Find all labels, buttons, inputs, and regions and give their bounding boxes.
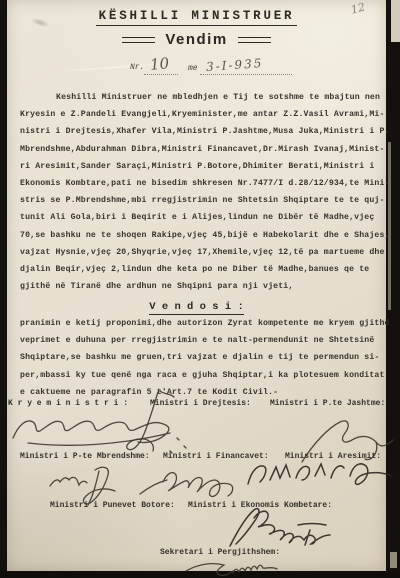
signature-ekonomis [230,509,330,546]
signature-kryeministri [13,421,170,445]
body-line: ri Aresimit,Sander Saraçi,Ministri P.Bot… [20,158,390,175]
number-date-line: Nr. 10 me 3-I-935 [130,56,305,82]
body-line: tunit Ali Gola,biri i Beqirit e i Alijes… [20,209,390,226]
body-line: Kryesin e Z.Pandeli Evangjeli,Kryeminist… [20,106,390,123]
body-line: Ekonomis Kombtare,pati ne bisedim shkres… [20,175,390,192]
body-line: nistri i Drejtesis,Xhafer Vila,Ministri … [20,123,390,140]
subtitle-decoration-left [122,37,155,43]
date-dotted-line [200,74,292,75]
nr-label: Nr. [130,63,144,72]
body-line: gjithë në Tiranë dhe ardhun ne Shqipni p… [20,278,390,295]
document-title: KËSHILLI MINISTRUER [96,9,298,26]
date-handwritten-value: 3-I-935 [206,56,264,74]
body-line: Mbrendshme,Abdurahman Dibra,Ministri Fin… [20,141,390,158]
decision-heading: V e n d o s i : [149,301,244,315]
subtitle-row: Vendim [7,31,386,48]
background-page-sliver-top [391,0,400,42]
body-line: vajzat Hysnie,vjeç 20,Shyqrie,vjeç 17,Xh… [20,244,390,261]
subtitle-decoration-right [238,37,271,43]
body-line: stris se P.Mbrendshme,mbi rregjistrimin … [20,192,390,209]
nr-handwritten-value: 10 [149,54,170,74]
signature-mbrendshme [50,467,115,505]
signature-jashtme [302,421,393,462]
signature-sekretari [186,564,277,576]
signatures-layer [0,388,400,578]
nr-dotted-line [144,74,178,75]
body-line: pranimin e ketij proponimi,dhe autorizon… [20,315,390,332]
date-prefix-label: me [188,64,198,73]
document-subtitle: Vendim [165,31,227,48]
body-line: djalin Beqir,vjeç 2,lindun dhe keta po n… [20,261,390,278]
body-line: Shqiptare,se bashku me gruen,tri vajzat … [20,349,390,366]
body-line: per,mbassi ky tue qenë nga raca e gjuha … [20,367,390,384]
body-line: veprimet e duhuna per rregjistrimin e te… [20,332,390,349]
signature-financavet [140,473,233,497]
body-paragraph-1: Keshilli Ministruer ne mbledhjen e Tij t… [20,89,390,295]
body-line: 70,se bashku ne te shoqen Rakipe,vjeç 45… [20,227,390,244]
body-line: Keshilli Ministruer ne mbledhjen e Tij t… [20,89,390,106]
signature-aresimit [248,464,392,485]
